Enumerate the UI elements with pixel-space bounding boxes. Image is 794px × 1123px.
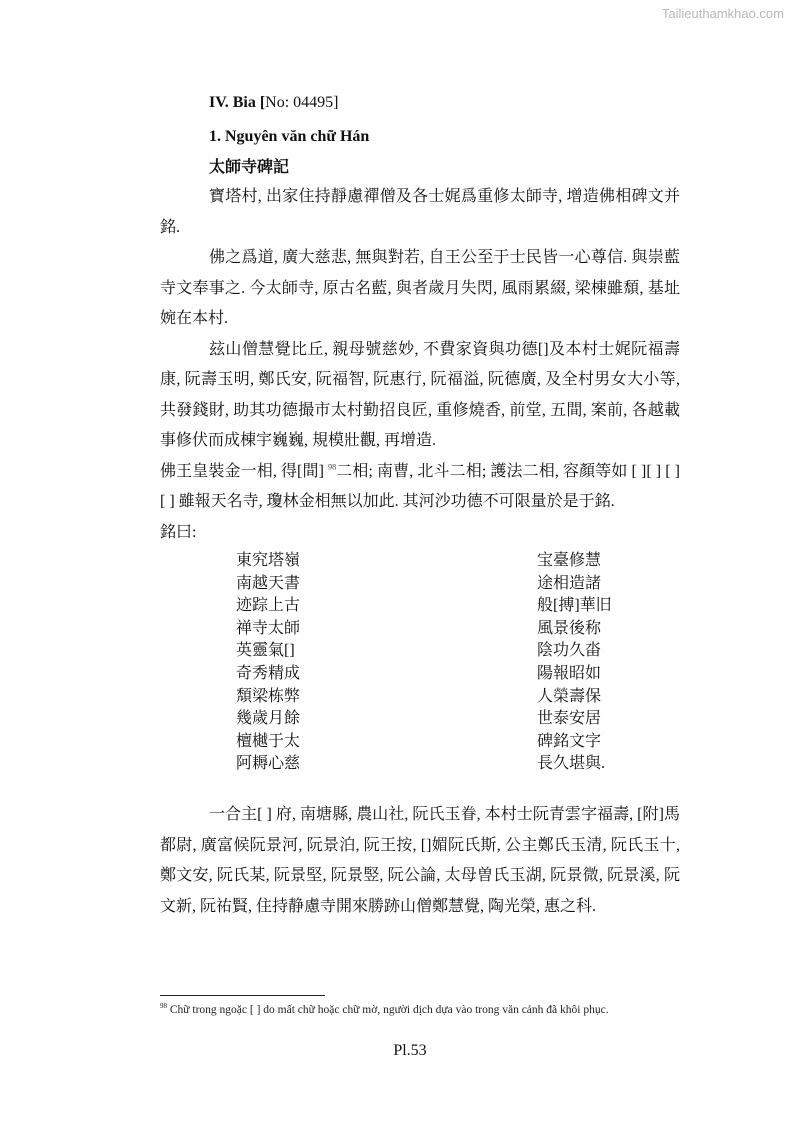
- footnote-divider: [160, 995, 325, 996]
- poem-line: 陽報昭如: [537, 663, 612, 686]
- section-heading-number: No: 04495]: [265, 94, 338, 111]
- watermark: Tailieuthamkhao.com: [662, 6, 784, 21]
- poem-left-column: 東究塔嶺 南越天書 迹踪上古 禅寺太師 英靈氣[] 奇秀精成 頽梁栋弊 幾歲月餘…: [236, 550, 300, 776]
- poem-line: 途相造諸: [537, 573, 612, 596]
- poem-line: 宝臺修慧: [537, 550, 612, 573]
- poem-line: 迹踪上古: [236, 595, 300, 618]
- poem-line: 人榮壽保: [537, 686, 612, 709]
- inscription-poem: 東究塔嶺 南越天書 迹踪上古 禅寺太師 英靈氣[] 奇秀精成 頽梁栋弊 幾歲月餘…: [160, 550, 680, 778]
- subsection-heading: 1. Nguyên văn chữ Hán: [160, 122, 680, 152]
- stele-title: 太師寺碑記: [160, 152, 680, 182]
- poem-right-column: 宝臺修慧 途相造諸 般[搏]華旧 風景後称 陰功久畓 陽報昭如 人榮壽保 世泰安…: [537, 550, 612, 776]
- paragraph-4-start: 佛王皇裝金一相, 得[間]: [160, 463, 328, 480]
- poem-line: 檀樾于太: [236, 731, 300, 754]
- footnote-reference[interactable]: 98: [328, 462, 336, 471]
- poem-line: 東究塔嶺: [236, 550, 300, 573]
- footnote-text: Chữ trong ngoặc [ ] do mất chữ hoặc chữ …: [167, 1004, 609, 1016]
- poem-line: 頽梁栋弊: [236, 686, 300, 709]
- inscription-label: 銘曰:: [160, 518, 680, 549]
- poem-line: 禅寺太師: [236, 618, 300, 641]
- poem-line: 南越天書: [236, 573, 300, 596]
- section-heading: IV. Bia [No: 04495]: [160, 88, 680, 118]
- section-heading-bold: IV. Bia: [209, 94, 260, 111]
- closing-paragraph: 一合主[ ] 府, 南塘縣, 農山社, 阮氏玉眷, 本村士阮青雲字福壽, [附]…: [160, 800, 680, 922]
- poem-line: 奇秀精成: [236, 663, 300, 686]
- poem-line: 陰功久畓: [537, 640, 612, 663]
- paragraph-3: 玆山僧慧覺比丘, 親母號慈妙, 不費家資與功德[]及本村士娓阮福壽康, 阮壽玉明…: [160, 335, 680, 457]
- paragraph-2: 佛之爲道, 廣大慈悲, 無與對若, 自王公至于士民皆一心尊信. 與崇藍寺文奉事之…: [160, 243, 680, 335]
- poem-line: 風景後称: [537, 618, 612, 641]
- paragraph-1: 寶塔村, 出家住持靜慮禪僧及各士娓爲重修太師寺, 增造佛相碑文并銘.: [160, 182, 680, 243]
- poem-line: 英靈氣[]: [236, 640, 300, 663]
- spacer: [160, 778, 680, 800]
- poem-line: 世泰安居: [537, 708, 612, 731]
- poem-line: 阿耨心慈: [236, 753, 300, 776]
- document-page: IV. Bia [No: 04495] 1. Nguyên văn chữ Há…: [160, 88, 680, 922]
- poem-line: 碑銘文字: [537, 731, 612, 754]
- footnote: 98 Chữ trong ngoặc [ ] do mất chữ hoặc c…: [160, 1004, 609, 1016]
- footnote-mark: 98: [160, 1002, 167, 1010]
- poem-line: 幾歲月餘: [236, 708, 300, 731]
- subsection-heading-text: 1. Nguyên văn chữ Hán: [209, 128, 369, 145]
- poem-line: 長久堪與.: [537, 753, 612, 776]
- paragraph-4: 佛王皇裝金一相, 得[間] 98二相; 南曹, 北斗二相; 護法二相, 容顏等如…: [160, 457, 680, 518]
- page-number: Pl.53: [0, 1042, 794, 1060]
- poem-line: 般[搏]華旧: [537, 595, 612, 618]
